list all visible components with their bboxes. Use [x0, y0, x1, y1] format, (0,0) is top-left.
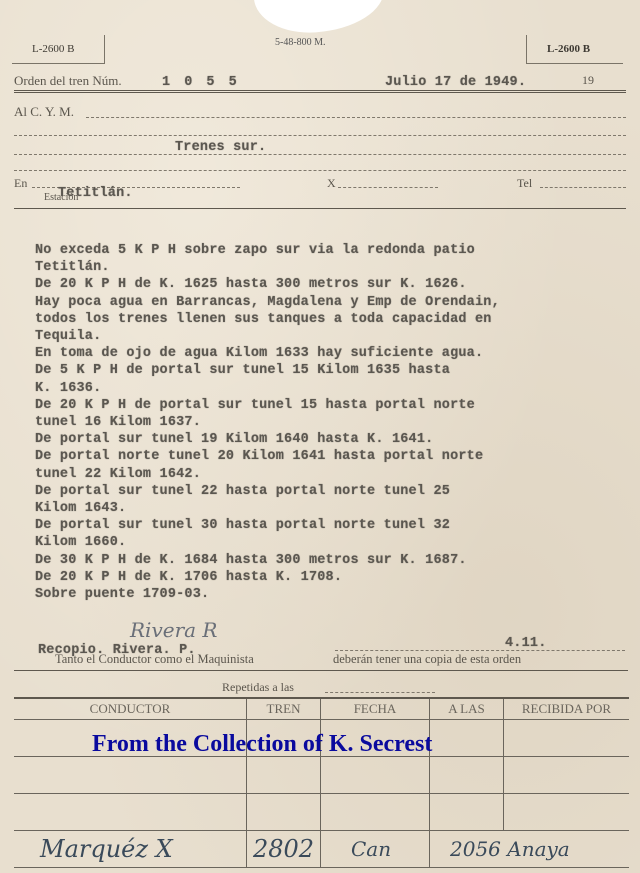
cell: [14, 757, 247, 794]
body-line: Tetitlán.: [35, 259, 625, 276]
header-recibida-por: RECIBIDA POR: [504, 698, 630, 720]
order-number: 1 0 5 5: [162, 75, 240, 90]
header-a-las: A LAS: [430, 698, 504, 720]
body-line: Hay poca agua en Barrancas, Magdalena y …: [35, 294, 625, 311]
body-line: De 20 K P H de portal sur tunel 15 hasta…: [35, 397, 625, 414]
at-label: En: [14, 176, 27, 191]
cell: [247, 794, 321, 831]
header-divider: [14, 208, 626, 209]
copy-notice-left: Tanto el Conductor como el Maquinista: [55, 652, 254, 667]
cell: [247, 757, 321, 794]
body-line: todos los trenes llenen sus tanques a to…: [35, 311, 625, 328]
order-body: No exceda 5 K P H sobre zapo sur via la …: [35, 242, 625, 603]
to-label: Al C. Y. M.: [14, 104, 74, 120]
time-typed: 4.11.: [505, 636, 547, 651]
header-tren: TREN: [247, 698, 321, 720]
repeated-line: [325, 692, 435, 693]
body-line: De portal sur tunel 22 hasta portal nort…: [35, 483, 625, 500]
body-line: No exceda 5 K P H sobre zapo sur via la …: [35, 242, 625, 259]
table-row: [14, 757, 629, 794]
tel-line: [540, 187, 626, 188]
body-line: De 20 K P H de K. 1706 hasta K. 1708.: [35, 569, 625, 586]
cell: [321, 794, 430, 831]
cell: [430, 757, 504, 794]
x-line: [338, 187, 438, 188]
cell: [14, 794, 247, 831]
form-code-right-box: L-2600 B: [526, 35, 623, 64]
handwritten-signature: Rivera R: [130, 618, 218, 642]
copy-notice-right: deberán tener una copia de esta orden: [333, 652, 521, 667]
cell-conductor: Marquéz X: [14, 831, 247, 868]
cell: [504, 720, 630, 757]
print-run: 5-48-800 M.: [275, 37, 326, 48]
repeated-label: Repetidas a las: [222, 680, 294, 695]
to-line-2: [14, 135, 626, 136]
cell: [504, 757, 630, 794]
cell-tren: 2802: [247, 831, 321, 868]
form-code-left: L-2600 B: [32, 43, 74, 55]
order-label: Orden del tren Núm.: [14, 73, 122, 89]
table-row: [14, 794, 629, 831]
tel-label: Tel: [517, 176, 532, 191]
station-typed: Tetitlán.: [58, 186, 133, 201]
cell: [504, 794, 630, 831]
body-line: Sobre puente 1709-03.: [35, 586, 625, 603]
notice-divider: [14, 670, 628, 671]
x-label: X: [327, 176, 336, 191]
body-line: De 20 K P H de K. 1625 hasta 300 metros …: [35, 276, 625, 293]
to-line-3: [14, 154, 626, 155]
body-line: De 30 K P H de K. 1684 hasta 300 metros …: [35, 552, 625, 569]
receipt-table: CONDUCTOR TREN FECHA A LAS RECIBIDA POR …: [14, 697, 629, 867]
form-code-right: L-2600 B: [547, 43, 590, 55]
cell: [430, 794, 504, 831]
cell: [430, 720, 504, 757]
body-line: tunel 16 Kilom 1637.: [35, 414, 625, 431]
to-line-4: [14, 170, 626, 171]
body-line: En toma de ojo de agua Kilom 1633 hay su…: [35, 345, 625, 362]
header-fecha: FECHA: [321, 698, 430, 720]
body-line: De portal norte tunel 20 Kilom 1641 hast…: [35, 448, 625, 465]
to-line-1: [86, 117, 626, 118]
body-line: K. 1636.: [35, 380, 625, 397]
body-line: tunel 22 Kilom 1642.: [35, 466, 625, 483]
addressee: Trenes sur.: [175, 140, 266, 155]
cell-a-las: 2056 Anaya: [430, 831, 630, 868]
year-prefix: 19: [582, 73, 594, 88]
header-conductor: CONDUCTOR: [14, 698, 247, 720]
body-line: De 5 K P H de portal sur tunel 15 Kilom …: [35, 362, 625, 379]
form-code-left-box: L-2600 B: [12, 35, 105, 64]
cell-fecha: Can: [321, 831, 430, 868]
body-line: De portal sur tunel 19 Kilom 1640 hasta …: [35, 431, 625, 448]
body-line: De portal sur tunel 30 hasta portal nort…: [35, 517, 625, 534]
table-row: Marquéz X 2802 Can 2056 Anaya: [14, 831, 629, 868]
body-line: Kilom 1643.: [35, 500, 625, 517]
order-date: Julio 17 de 1949.: [385, 75, 526, 90]
collection-watermark: From the Collection of K. Secrest: [92, 731, 432, 758]
body-line: Tequila.: [35, 328, 625, 345]
cell: [321, 757, 430, 794]
time-line: [335, 650, 625, 651]
body-line: Kilom 1660.: [35, 534, 625, 551]
